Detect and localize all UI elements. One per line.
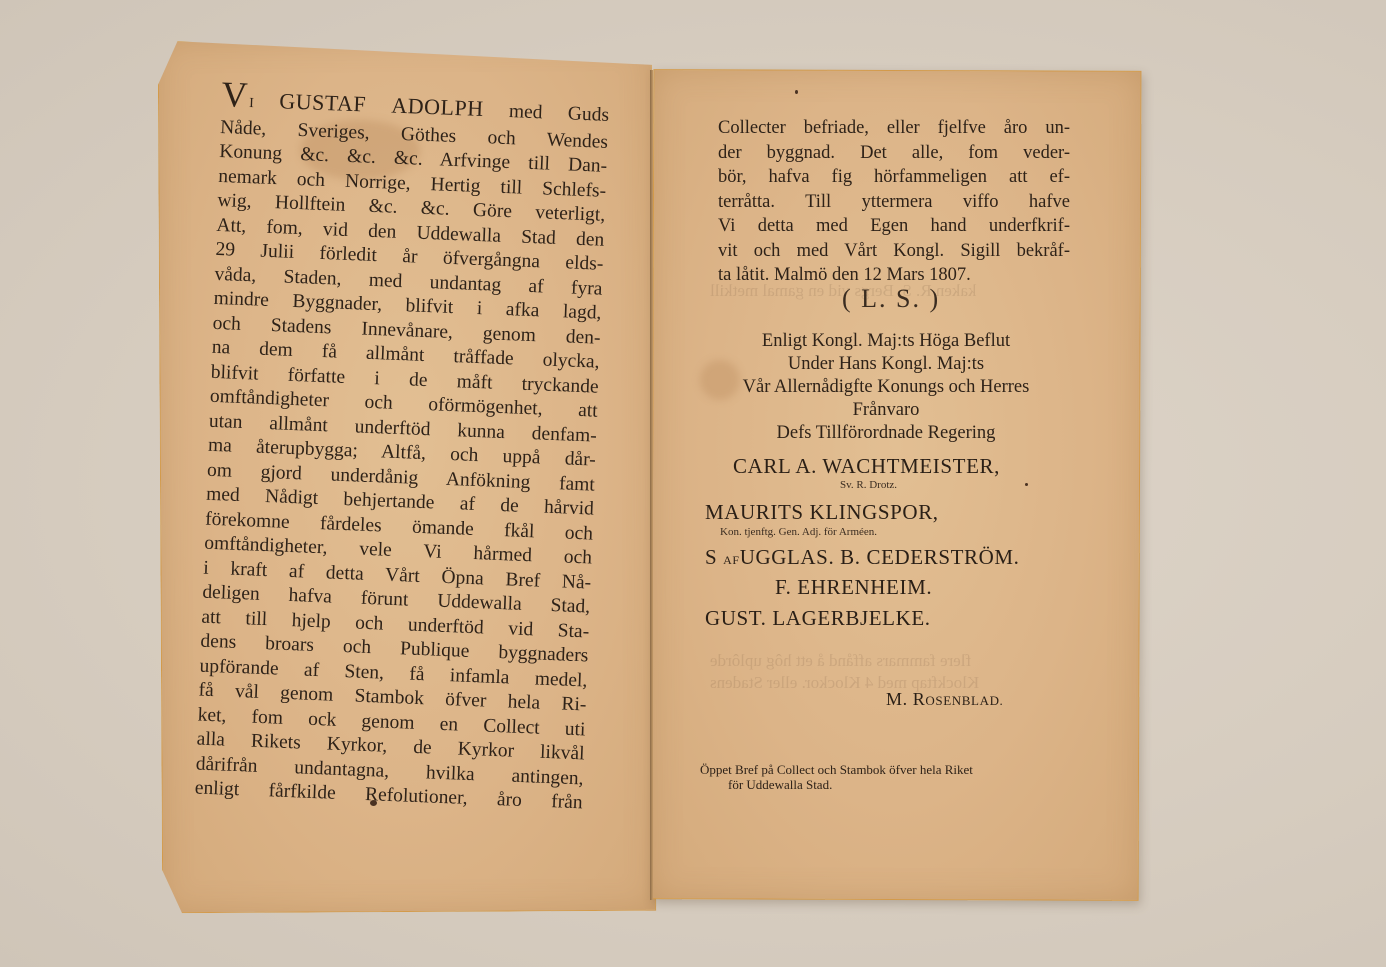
text-line: bör, hafva fig hörfammeligen att ef-: [718, 165, 1070, 190]
signatory-klingspor: MAURITS KLINGSPOR,: [705, 500, 939, 525]
decree-line: Under Hans Kongl. Maj:ts: [700, 353, 1072, 376]
footer-line: för Uddewalla Stad.: [700, 777, 1070, 792]
decree-line: Enligt Kongl. Maj:ts Höga Beflut: [700, 330, 1072, 353]
text-line: der byggnad. Det alle, fom veder-: [718, 141, 1070, 166]
signatory-ugglas-cederstrom: S AFUGGLAS. B. CEDERSTRÖM.: [705, 545, 1020, 570]
ink-spot: [1025, 483, 1028, 486]
king-name: GUSTAF ADOLPH: [279, 88, 484, 121]
decree-line: Frånvaro: [700, 399, 1072, 422]
decree-block: Enligt Kongl. Maj:ts Höga Beflut Under H…: [700, 330, 1072, 445]
signatory-title: Sv. R. Drotz.: [840, 479, 897, 491]
drop-cap: V: [221, 74, 251, 115]
decree-line: Defs Tillförordnade Regering: [700, 422, 1072, 445]
imprint-footer: Öppet Bref på Collect och Stambok öfver …: [700, 762, 1070, 792]
signatory-title: Kon. tjenftg. Gen. Adj. för Arméen.: [720, 526, 877, 538]
footer-line: Öppet Bref på Collect och Stambok öfver …: [700, 762, 1070, 777]
text-line: terråtta. Till yttermera viffo hafve: [718, 190, 1070, 215]
signatory-ehrenheim: F. EHRENHEIM.: [775, 575, 932, 600]
text-line: vit och med Vårt Kongl. Sigill bekråf-: [718, 239, 1070, 264]
text-line: Collecter befriade, eller fjelfve åro un…: [718, 116, 1070, 141]
book-gutter: [650, 70, 653, 900]
signatory-wachtmeister: CARL A. WACHTMEISTER,: [733, 454, 1000, 479]
text-line: Vi detta med Egen hand underfkrif-: [718, 214, 1070, 239]
ink-spot: [795, 90, 798, 94]
countersign-rosenblad: M. ROSENBLAD.: [886, 689, 1003, 710]
signatory-lagerbjelke: GUST. LAGERBJELKE.: [705, 606, 931, 631]
left-page-body: VI GUSTAF ADOLPH med Guds Nåde, Sveriges…: [194, 82, 609, 816]
decree-line: Vår Allernådigfte Konungs och Herres: [700, 376, 1072, 399]
seal-mark: ( L. S. ): [842, 284, 940, 314]
right-page-body: Collecter befriade, eller fjelfve åro un…: [718, 116, 1070, 288]
show-through-text: flere fammars affånd å ett hôg uplôrde: [710, 650, 971, 672]
